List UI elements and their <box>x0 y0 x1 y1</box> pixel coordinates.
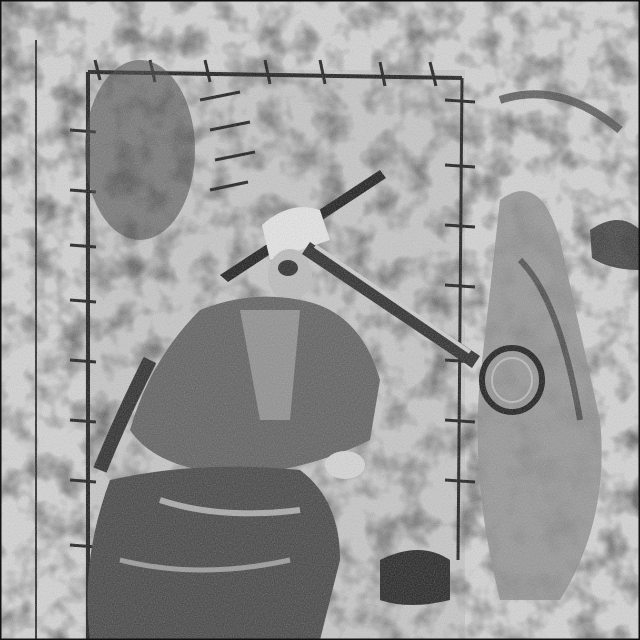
photo-canvas: Degraded grayscale photocopy of a photog… <box>0 0 640 640</box>
photo-illustration <box>0 0 640 640</box>
